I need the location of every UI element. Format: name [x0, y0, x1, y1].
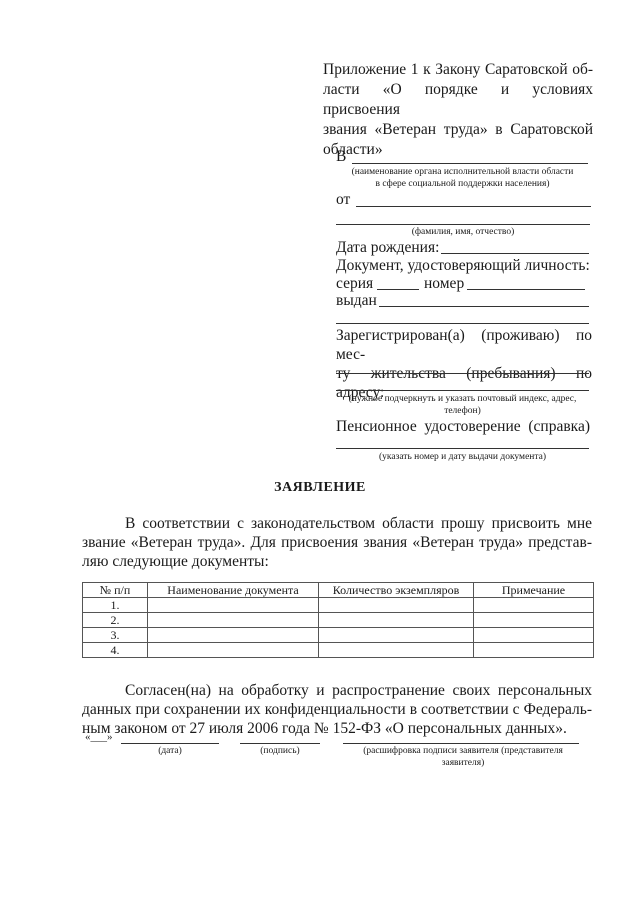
- row-number: 2.: [83, 613, 148, 628]
- signature-field-line[interactable]: [240, 743, 320, 744]
- id-document-label: Документ, удостоверяющий личность:: [336, 256, 590, 275]
- copies-cell[interactable]: [319, 598, 474, 613]
- date-hint: (дата): [121, 745, 219, 757]
- table-header-row: № п/п Наименование документа Количество …: [83, 583, 594, 598]
- note-cell[interactable]: [474, 598, 594, 613]
- address-field-line-2[interactable]: [336, 390, 589, 391]
- note-cell[interactable]: [474, 628, 594, 643]
- birth-date-field-line[interactable]: [441, 253, 589, 254]
- address-field-line[interactable]: [336, 373, 589, 374]
- col-copies: Количество экземпляров: [319, 583, 474, 598]
- copies-cell[interactable]: [319, 643, 474, 658]
- appendix-line: Приложение 1 к Закону Саратовской об-: [323, 60, 593, 80]
- note-cell[interactable]: [474, 613, 594, 628]
- from-hint: (фамилия, имя, отчество): [336, 226, 590, 238]
- table-row: 3.: [83, 628, 594, 643]
- name-decode-hint: (расшифровка подписи заявителя (представ…: [343, 745, 583, 769]
- number-label: номер: [424, 274, 464, 293]
- table-row: 2.: [83, 613, 594, 628]
- issued-label: выдан: [336, 291, 377, 310]
- issued-field-line-2[interactable]: [336, 323, 589, 324]
- to-label: В: [336, 147, 346, 166]
- copies-cell[interactable]: [319, 628, 474, 643]
- note-cell[interactable]: [474, 643, 594, 658]
- table-row: 1.: [83, 598, 594, 613]
- document-name-cell[interactable]: [148, 643, 319, 658]
- pension-certificate-label: Пенсионное удостоверение (справка): [336, 417, 590, 436]
- row-number: 4.: [83, 643, 148, 658]
- from-field-line-2[interactable]: [336, 224, 590, 225]
- document-name-cell[interactable]: [148, 628, 319, 643]
- table-row: 4.: [83, 643, 594, 658]
- number-field-line[interactable]: [467, 289, 585, 290]
- pension-field-line[interactable]: [336, 448, 589, 449]
- row-number: 1.: [83, 598, 148, 613]
- row-number: 3.: [83, 628, 148, 643]
- pension-hint: (указать номер и дату выдачи документа): [336, 451, 589, 463]
- name-decode-field-line[interactable]: [343, 743, 579, 744]
- date-field-line[interactable]: [121, 743, 219, 744]
- from-label: от: [336, 190, 350, 209]
- col-note: Примечание: [474, 583, 594, 598]
- to-hint: (наименование органа исполнительной влас…: [330, 166, 595, 190]
- request-paragraph: В соответствии с законодательством облас…: [82, 514, 592, 571]
- document-title: ЗАЯВЛЕНИЕ: [0, 480, 640, 496]
- col-document-name: Наименование документа: [148, 583, 319, 598]
- documents-table: № п/п Наименование документа Количество …: [82, 582, 594, 658]
- appendix-header: Приложение 1 к Закону Саратовской об- ла…: [323, 60, 593, 160]
- address-hint: (нужное подчеркнуть и указать почтовый и…: [330, 393, 595, 417]
- issued-field-line[interactable]: [379, 306, 589, 307]
- document-name-cell[interactable]: [148, 613, 319, 628]
- appendix-line: области»: [323, 140, 593, 160]
- col-number: № п/п: [83, 583, 148, 598]
- appendix-line: звания «Ветеран труда» в Саратовской: [323, 120, 593, 140]
- to-field-line[interactable]: [352, 163, 588, 164]
- signature-hint: (подпись): [240, 745, 320, 757]
- copies-cell[interactable]: [319, 613, 474, 628]
- appendix-line: ласти «О порядке и условиях присвоения: [323, 80, 593, 120]
- document-name-cell[interactable]: [148, 598, 319, 613]
- from-field-line[interactable]: [356, 206, 591, 207]
- series-field-line[interactable]: [377, 289, 419, 290]
- date-quote: «___»: [85, 731, 113, 743]
- consent-paragraph: Согласен(на) на обработку и распростране…: [82, 681, 592, 738]
- birth-date-label: Дата рождения:: [336, 238, 439, 257]
